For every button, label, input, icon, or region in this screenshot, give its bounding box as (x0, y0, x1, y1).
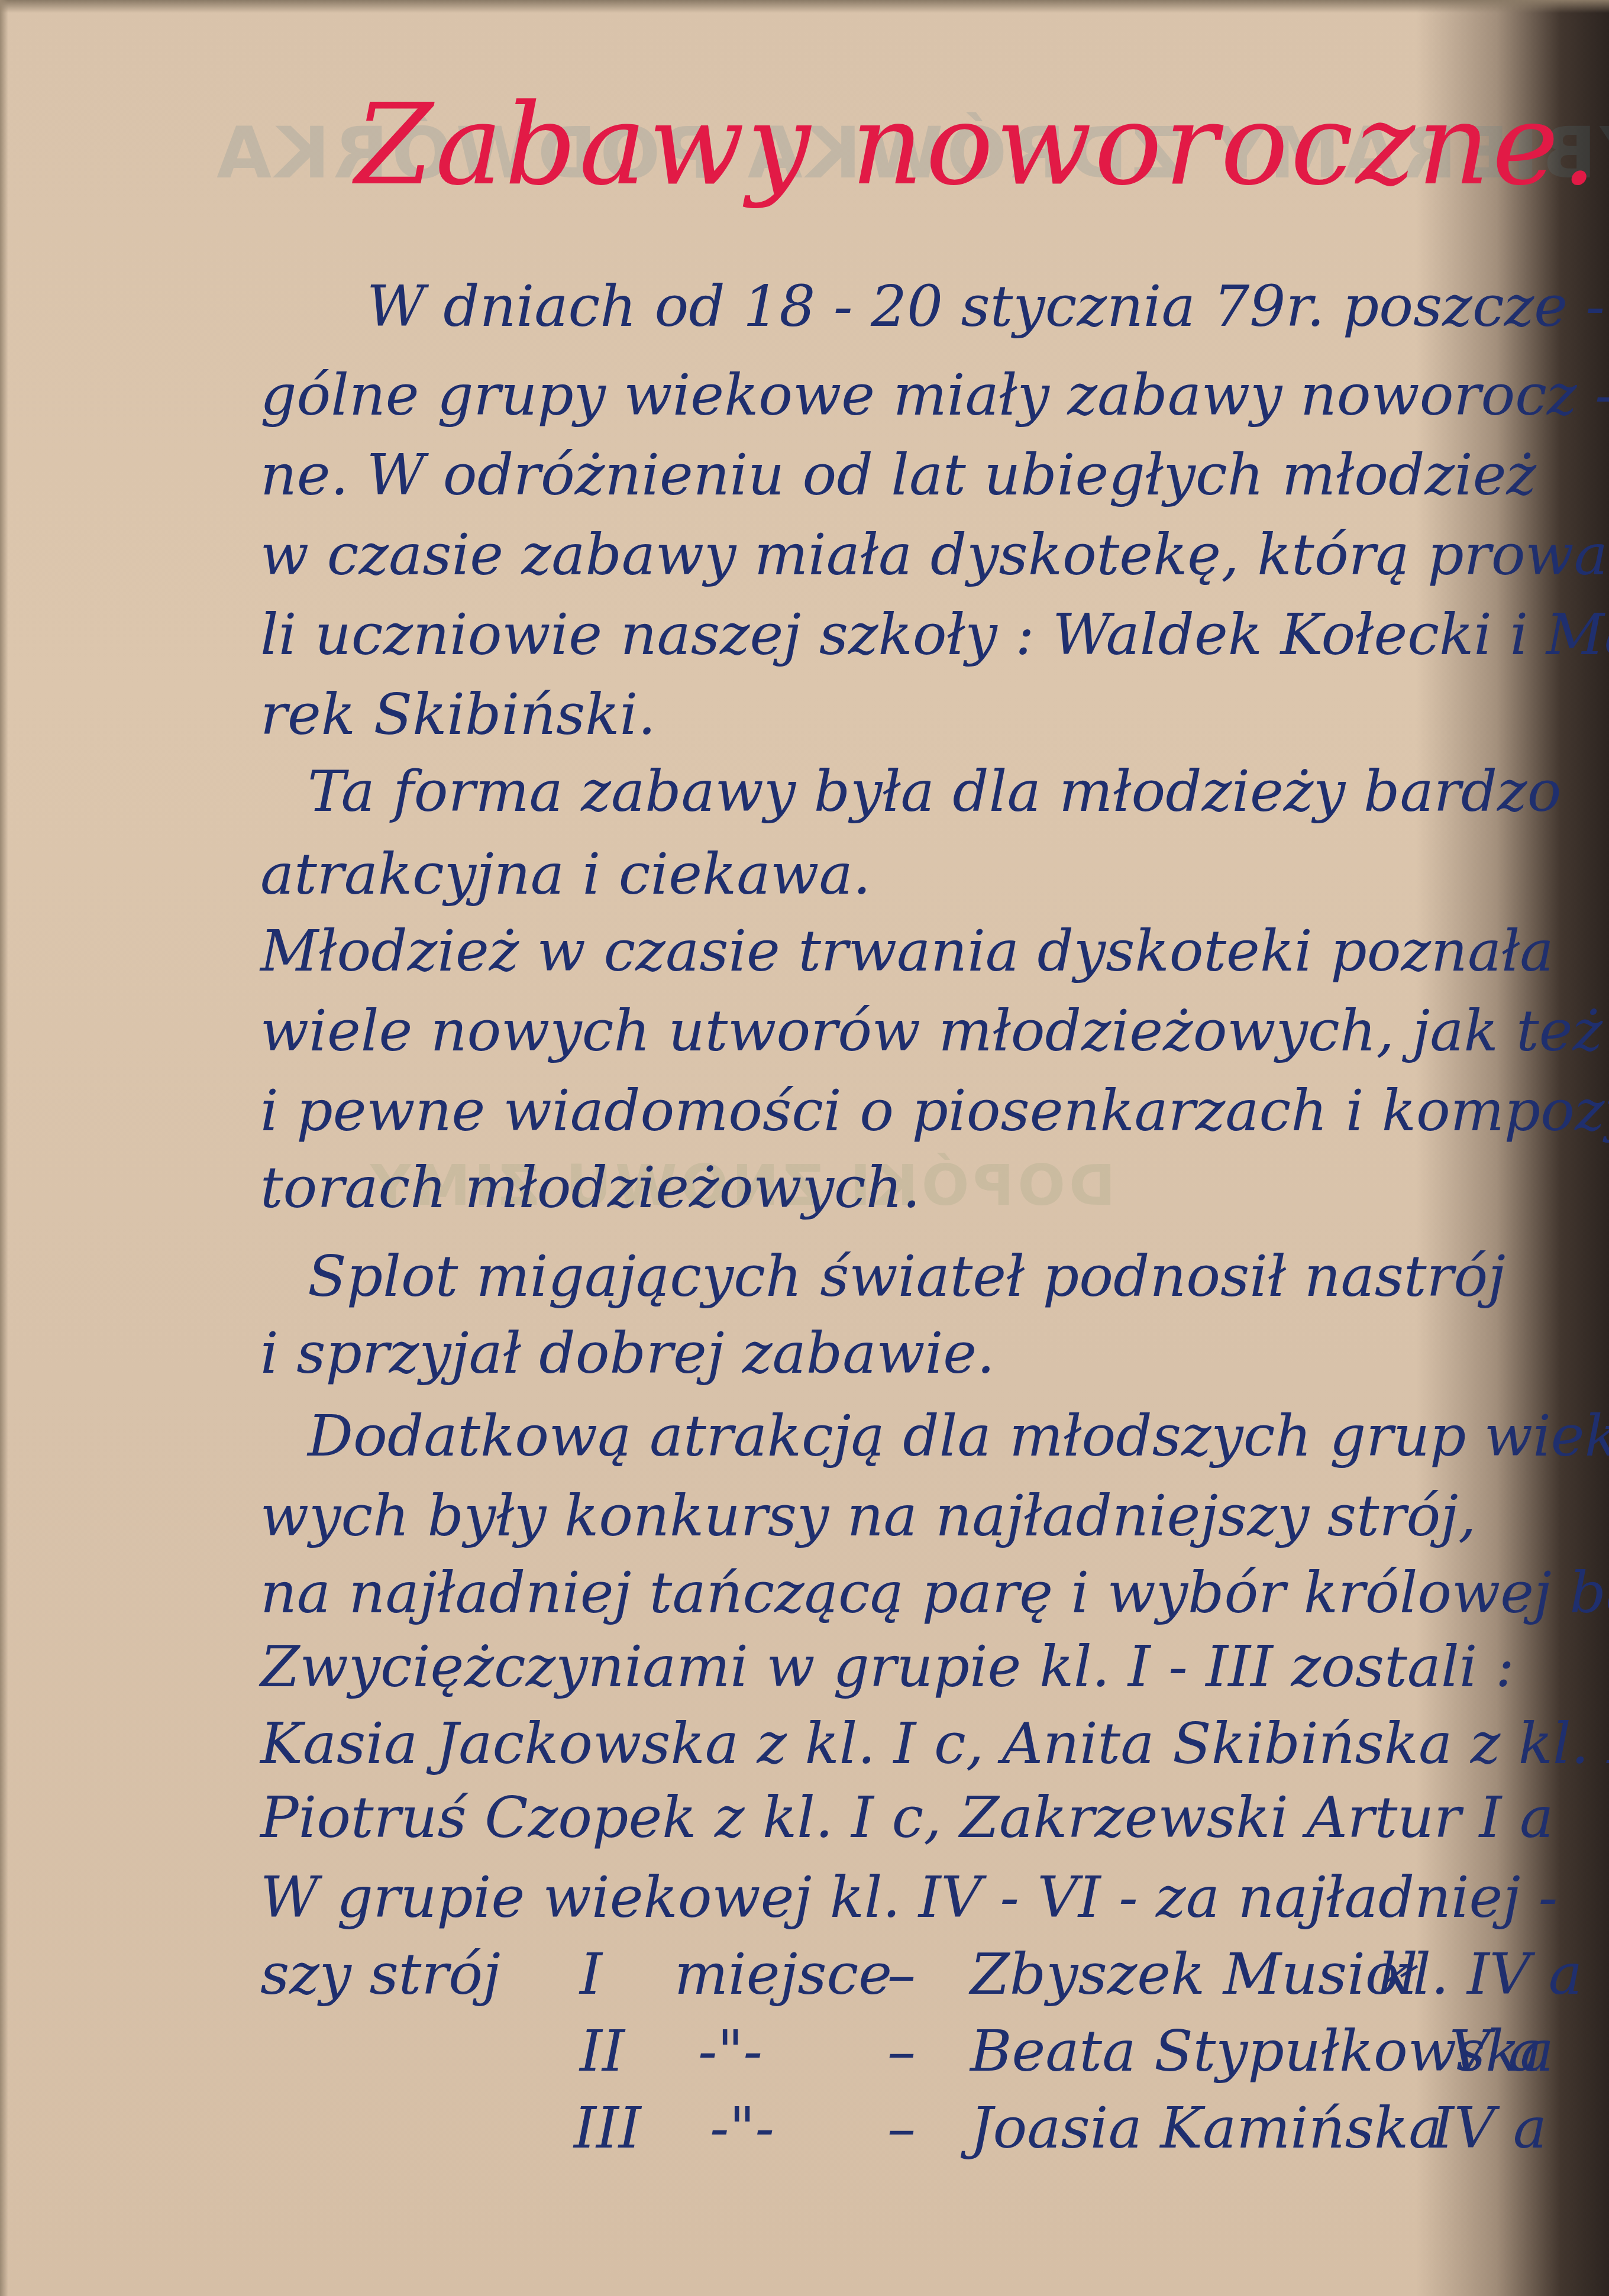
notebook-page: WYBIERAMY ZDRÓWKA PODWÓRKA DOPÓKI ZNOWU … (0, 0, 1609, 2296)
placing-name: Zbyszek Musioł (970, 1946, 1418, 2003)
placing-name: Joasia Kamińska (970, 2100, 1442, 2156)
text-line: Splot migających świateł podnosił nastró… (260, 1248, 1505, 1305)
text-line: Kasia Jackowska z kl. I c, Anita Skibińs… (260, 1715, 1609, 1772)
text-line: li uczniowie naszej szkoły : Waldek Kołe… (260, 606, 1609, 663)
text-line: W dniach od 18 - 20 stycznia 79r. poszcz… (260, 278, 1605, 335)
text-line: torach młodzieżowych. (260, 1159, 920, 1216)
placing-dash: – (887, 1946, 916, 2003)
placing-rank: II (580, 2023, 625, 2080)
text-line: i sprzyjał dobrej zabawie. (260, 1325, 995, 1382)
text-line: na najładniej tańczącą parę i wybór król… (260, 1564, 1609, 1621)
text-line: atrakcyjna i ciekawa. (260, 846, 871, 903)
page-left-edge (0, 0, 8, 2296)
text-line: Dodatkową atrakcją dla młodszych grup wi… (260, 1408, 1609, 1464)
text-line: Zwyciężczyniami w grupie kl. I - III zos… (260, 1638, 1514, 1695)
placing-class: V a (1449, 2023, 1542, 2080)
text-line: Piotruś Czopek z kl. I c, Zakrzewski Art… (260, 1789, 1553, 1846)
placing-class: kl. IV a (1378, 1946, 1582, 2003)
placing-label: -"- (710, 2100, 774, 2156)
placing-rank: I (580, 1946, 602, 2003)
placing-dash: – (887, 2100, 916, 2156)
placing-label: -"- (698, 2023, 763, 2080)
text-line: wych były konkursy na najładniejszy stró… (260, 1487, 1476, 1544)
text-line: ne. W odróżnieniu od lat ubiegłych młodz… (260, 447, 1536, 503)
page-top-edge (0, 0, 1609, 13)
page-title: Zabawy noworoczne. (355, 89, 1599, 201)
text-line: gólne grupy wiekowe miały zabawy noworoc… (260, 367, 1609, 423)
text-line: Ta forma zabawy była dla młodzieży bardz… (260, 763, 1561, 820)
placing-rank: III (574, 2100, 641, 2156)
text-line: wiele nowych utworów młodzieżowych, jak … (260, 1003, 1602, 1059)
text-line: W grupie wiekowej kl. IV - VI - za najła… (260, 1869, 1558, 1926)
placing-dash: – (887, 2023, 916, 2080)
placing-label: miejsce (674, 1946, 892, 2003)
text-line: Młodzież w czasie trwania dyskoteki pozn… (260, 923, 1554, 979)
text-line: i pewne wiadomości o piosenkarzach i kom… (260, 1082, 1609, 1139)
text-line: rek Skibiński. (260, 686, 656, 743)
placing-class: IV a (1432, 2100, 1547, 2156)
text-line: w czasie zabawy miała dyskotekę, którą p… (260, 526, 1609, 583)
text-line: szy strój (260, 1946, 500, 2003)
